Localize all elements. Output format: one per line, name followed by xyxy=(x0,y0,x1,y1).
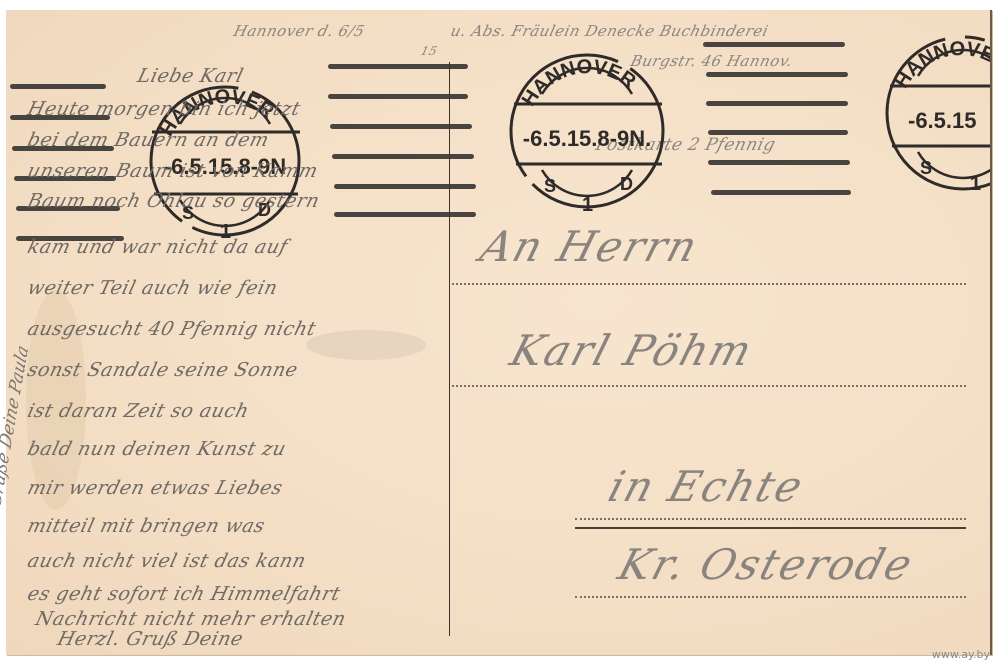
sender-name: u. Abs. Fräulein Denecke Buchbinderei xyxy=(449,22,771,40)
address-name: Karl Pöhm xyxy=(505,326,759,375)
cancellation-bar xyxy=(334,184,476,189)
address-district: Kr. Osterode xyxy=(613,540,919,589)
watermark: www.ay.by xyxy=(932,648,990,661)
cancellation-bar xyxy=(711,190,851,195)
sender-year: 15 xyxy=(419,44,439,58)
address-line-4 xyxy=(575,596,966,598)
message-line: mir werden etwas Liebes xyxy=(25,477,285,499)
cancellation-bar xyxy=(332,154,474,159)
message-line: Nachricht nicht mehr erhalten xyxy=(33,608,348,630)
cancellation-bar xyxy=(10,84,106,89)
svg-text:HANNOVER: HANNOVER xyxy=(518,56,640,110)
cancellation-bar xyxy=(328,64,468,69)
postcard: Hannover d. 6/5 15 u. Abs. Fräulein Dene… xyxy=(6,10,992,655)
message-line: unseren Baum ist von Kamm xyxy=(25,160,320,182)
paper-smudge xyxy=(306,330,426,360)
svg-text:1: 1 xyxy=(970,173,981,195)
address-line-3 xyxy=(575,518,966,520)
cancellation-bar xyxy=(708,160,850,165)
cancellation-bar xyxy=(330,124,472,129)
message-line: sonst Sandale seine Sonne xyxy=(25,359,300,381)
message-line: ist daran Zeit so auch xyxy=(25,400,251,422)
address-town: in Echte xyxy=(603,462,810,511)
divider-line xyxy=(449,62,450,636)
message-line: Baum noch Ohlau so gestern xyxy=(25,190,322,212)
address-salutation: An Herrn xyxy=(475,222,704,271)
cancellation-bar xyxy=(708,130,848,135)
svg-text:-6.5.15: -6.5.15 xyxy=(908,108,977,133)
message-line: es geht sofort ich Himmelfahrt xyxy=(25,583,343,605)
message-line: auch nicht viel ist das kann xyxy=(25,550,308,572)
cancellation-bar xyxy=(706,72,848,77)
message-line: Heute morgen bin ich jetzt xyxy=(25,98,303,120)
message-line: mitteil mit bringen was xyxy=(25,515,267,537)
address-line-2 xyxy=(452,385,966,387)
message-line: Liebe Karl xyxy=(135,65,246,87)
message-line: ausgesucht 40 Pfennig nicht xyxy=(25,318,318,340)
message-line: kam und war nicht da auf xyxy=(25,236,290,258)
message-line: bald nun deinen Kunst zu xyxy=(25,438,288,460)
svg-text:S: S xyxy=(544,176,556,196)
postmark-hannover-2: HANNOVER -6.5.15.8-9N. S D 1 xyxy=(502,46,672,216)
postmark-hannover-3: HANNOVER -6.5.15 S 1 xyxy=(878,28,990,198)
cancellation-bar xyxy=(706,101,848,106)
svg-text:1: 1 xyxy=(582,194,593,216)
cancellation-bar xyxy=(328,94,468,99)
svg-text:S: S xyxy=(920,158,932,178)
cancellation-bar xyxy=(334,212,476,217)
svg-text:D: D xyxy=(620,174,633,194)
address-line-1 xyxy=(452,283,966,285)
svg-text:-6.5.15.8-9N.: -6.5.15.8-9N. xyxy=(523,126,651,151)
sender-place-date: Hannover d. 6/5 xyxy=(232,22,367,40)
cancellation-bar xyxy=(703,42,845,47)
svg-text:HANNOVER: HANNOVER xyxy=(891,38,990,92)
message-line: Herzl. Gruß Deine xyxy=(55,628,245,650)
message-line: bei dem Bauern an dem xyxy=(25,129,271,151)
address-underline xyxy=(575,527,966,529)
message-line: weiter Teil auch wie fein xyxy=(25,277,280,299)
